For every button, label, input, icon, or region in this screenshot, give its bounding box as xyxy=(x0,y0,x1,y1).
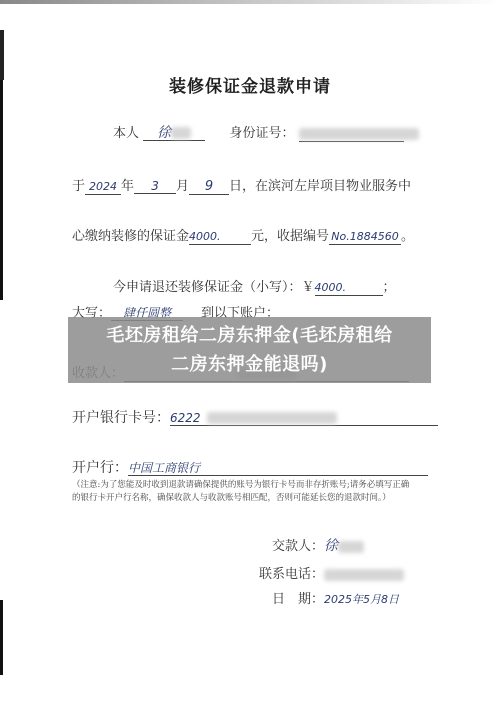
refund-amount-line: 今申请退还装修保证金（小写）：￥4000.； xyxy=(113,276,396,296)
deposit-day: 9 xyxy=(189,180,229,195)
document-title: 装修保证金退款申请 xyxy=(0,72,500,97)
payer-line: 交款人：徐 xyxy=(272,535,364,555)
bank-line: 开户行：中国工商银行 xyxy=(72,457,428,477)
phone-line: 联系电话： xyxy=(259,563,404,582)
deposit-month: 3 xyxy=(134,179,176,194)
id-label: 身份证号： xyxy=(229,126,294,141)
page-top-edge xyxy=(0,0,500,4)
bank-name: 中国工商银行 xyxy=(128,461,428,476)
page-left-edge xyxy=(0,80,3,300)
sign-date: 2025年5月8日 xyxy=(324,593,399,606)
applicant-line: 本人 徐 身份证号： xyxy=(113,122,404,142)
deposit-date-line: 于2024年3月9日，在滨河左岸项目物业服务中 xyxy=(72,175,411,195)
deposit-amount: 4000. xyxy=(189,230,251,245)
page-left-edge xyxy=(0,600,3,675)
receipt-number: No.1884560 xyxy=(329,230,401,245)
card-number: 6222 xyxy=(170,411,438,426)
phone-redacted xyxy=(324,569,404,581)
notice-text: （注意:为了您能及时收到退款请确保提供的账号为银行卡号而非存折账号;请务必填写正… xyxy=(72,479,409,505)
payer-signature: 徐 xyxy=(324,538,338,554)
deposit-year: 2024 xyxy=(85,180,121,195)
overlay-title: 毛坯房租给二房东押金(毛坯房租给 二房东押金能退吗) xyxy=(68,321,431,379)
applicant-name: 徐 xyxy=(143,126,205,141)
card-number-line: 开户银行卡号：6222 xyxy=(72,407,438,427)
date-line: 日 期：2025年5月8日 xyxy=(272,588,399,607)
id-number-redacted xyxy=(299,127,404,142)
refund-amount-small: 4000. xyxy=(315,281,383,296)
deposit-amount-line: 心缴纳装修的保证金4000.元，收据编号No.1884560。 xyxy=(72,225,414,245)
applicant-label: 本人 xyxy=(113,126,139,141)
